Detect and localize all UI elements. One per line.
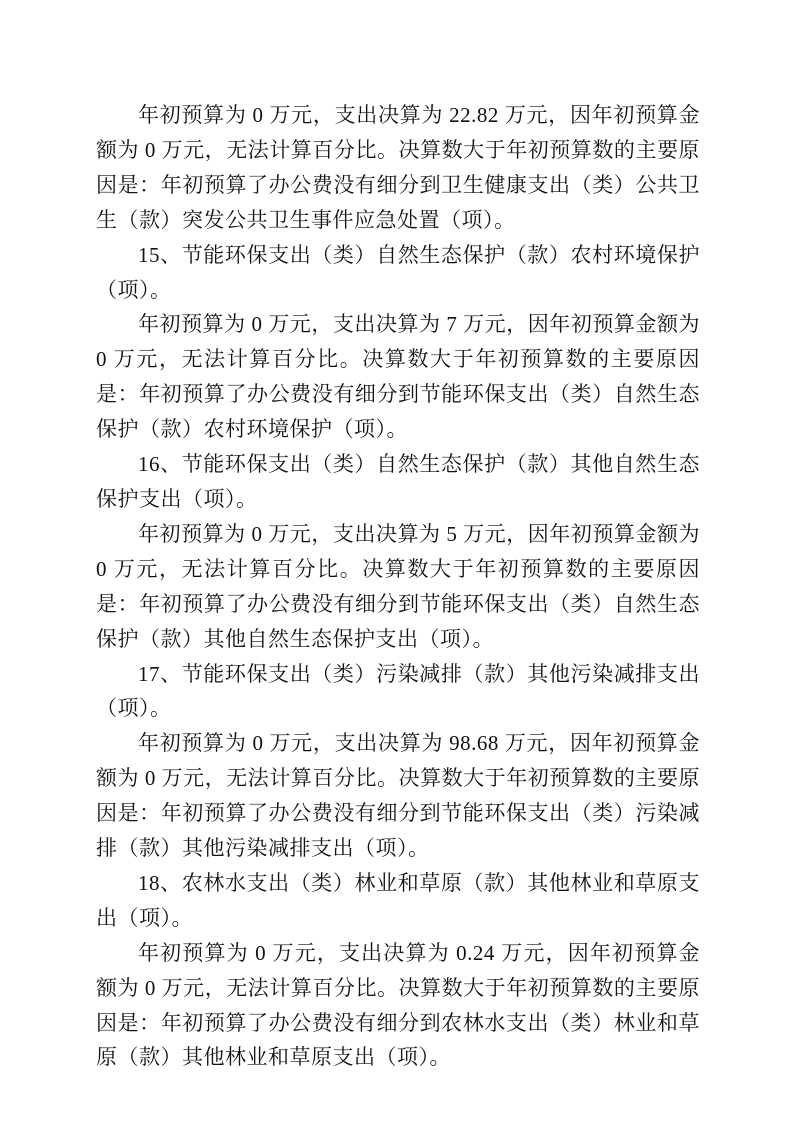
paragraph-item15-explanation: 年初预算为 0 万元，支出决算为 7 万元，因年初预算金额为 0 万元，无法计算…	[96, 307, 700, 447]
paragraph-item14-explanation: 年初预算为 0 万元，支出决算为 22.82 万元，因年初预算金额为 0 万元，…	[96, 98, 700, 238]
paragraph-item18-explanation: 年初预算为 0 万元，支出决算为 0.24 万元，因年初预算金额为 0 万元，无…	[96, 936, 700, 1076]
paragraph-item16-heading: 16、节能环保支出（类）自然生态保护（款）其他自然生态保护支出（项）。	[96, 447, 700, 517]
paragraph-item15-heading: 15、节能环保支出（类）自然生态保护（款）农村环境保护（项）。	[96, 238, 700, 308]
document-body: 年初预算为 0 万元，支出决算为 22.82 万元，因年初预算金额为 0 万元，…	[96, 98, 700, 1075]
paragraph-item18-heading: 18、农林水支出（类）林业和草原（款）其他林业和草原支出（项）。	[96, 866, 700, 936]
paragraph-item16-explanation: 年初预算为 0 万元，支出决算为 5 万元，因年初预算金额为 0 万元，无法计算…	[96, 517, 700, 657]
document-page: 年初预算为 0 万元，支出决算为 22.82 万元，因年初预算金额为 0 万元，…	[0, 0, 793, 1122]
paragraph-item17-heading: 17、节能环保支出（类）污染减排（款）其他污染减排支出（项）。	[96, 657, 700, 727]
paragraph-item17-explanation: 年初预算为 0 万元，支出决算为 98.68 万元，因年初预算金额为 0 万元，…	[96, 726, 700, 866]
